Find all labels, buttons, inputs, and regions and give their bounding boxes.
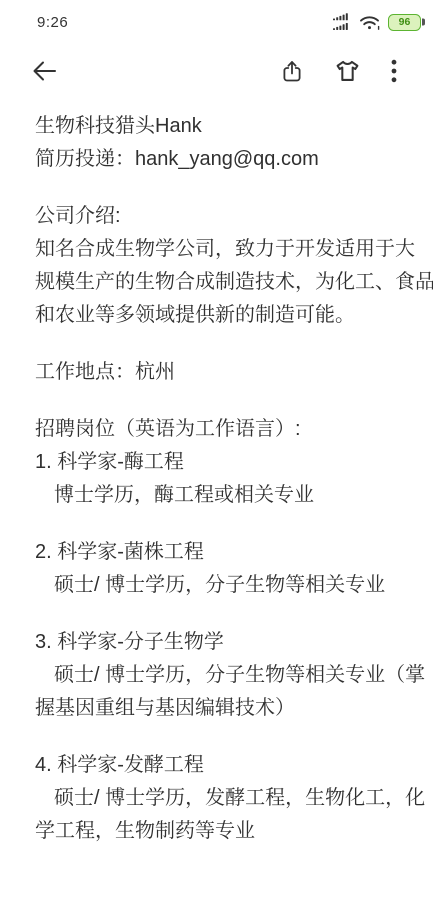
text-line: 1. 科学家-酶工程 <box>35 446 398 479</box>
cellular-signal-icon <box>332 13 352 31</box>
status-icons: 96 <box>332 13 421 31</box>
article-content: 生物科技猎头Hank简历投递：hank_yang@qq.com公司介绍:知名合成… <box>0 102 433 848</box>
arrow-left-icon <box>30 58 58 84</box>
text-line: 简历投递：hank_yang@qq.com <box>35 143 398 176</box>
text-line: 知名合成生物学公司，致力于开发适用于大 <box>35 233 398 266</box>
kebab-menu-icon <box>391 59 397 83</box>
text-line: 硕士/ 博士学历，分子生物等相关专业（掌 <box>35 659 398 692</box>
text-line: 握基因重组与基因编辑技术） <box>35 692 398 725</box>
paragraph: 生物科技猎头Hank简历投递：hank_yang@qq.com <box>35 110 398 176</box>
text-line: 生物科技猎头Hank <box>35 110 398 143</box>
status-bar: 9:26 <box>0 0 433 40</box>
text-line: 招聘岗位（英语为工作语言）: <box>35 413 398 446</box>
paragraph: 2. 科学家-菌株工程硕士/ 博士学历，分子生物等相关专业 <box>35 536 398 602</box>
nav-actions <box>280 59 397 84</box>
paragraph: 4. 科学家-发酵工程硕士/ 博士学历，发酵工程，生物化工，化学工程，生物制药等… <box>35 749 398 848</box>
text-line: 规模生产的生物合成制造技术，为化工、食品 <box>35 266 398 299</box>
text-line: 学工程，生物制药等专业 <box>35 815 398 848</box>
phone-screen: 9:26 <box>0 0 433 900</box>
paragraph: 公司介绍:知名合成生物学公司，致力于开发适用于大规模生产的生物合成制造技术，为化… <box>35 200 398 332</box>
status-time: 9:26 <box>37 14 68 31</box>
battery-percent: 96 <box>399 17 411 28</box>
share-button[interactable] <box>280 59 304 84</box>
text-line: 4. 科学家-发酵工程 <box>35 749 398 782</box>
text-line: 硕士/ 博士学历，发酵工程，生物化工，化 <box>35 782 398 815</box>
more-button[interactable] <box>391 59 397 83</box>
wifi-icon <box>359 14 381 31</box>
text-line: 公司介绍: <box>35 200 398 233</box>
back-button[interactable] <box>30 58 58 84</box>
paragraph: 3. 科学家-分子生物学硕士/ 博士学历，分子生物等相关专业（掌握基因重组与基因… <box>35 626 398 725</box>
tshirt-icon <box>334 59 361 84</box>
nav-bar <box>0 40 433 102</box>
battery-icon: 96 <box>388 14 421 31</box>
paragraph: 招聘岗位（英语为工作语言）:1. 科学家-酶工程博士学历，酶工程或相关专业 <box>35 413 398 512</box>
text-line: 工作地点：杭州 <box>35 356 398 389</box>
battery-nub <box>422 19 425 26</box>
text-line: 博士学历，酶工程或相关专业 <box>35 479 398 512</box>
text-line: 硕士/ 博士学历，分子生物等相关专业 <box>35 569 398 602</box>
text-line: 3. 科学家-分子生物学 <box>35 626 398 659</box>
paragraph: 工作地点：杭州 <box>35 356 398 389</box>
text-line: 2. 科学家-菌株工程 <box>35 536 398 569</box>
share-icon <box>280 59 304 84</box>
text-line: 和农业等多领域提供新的制造可能。 <box>35 299 398 332</box>
tshirt-button[interactable] <box>334 59 361 84</box>
